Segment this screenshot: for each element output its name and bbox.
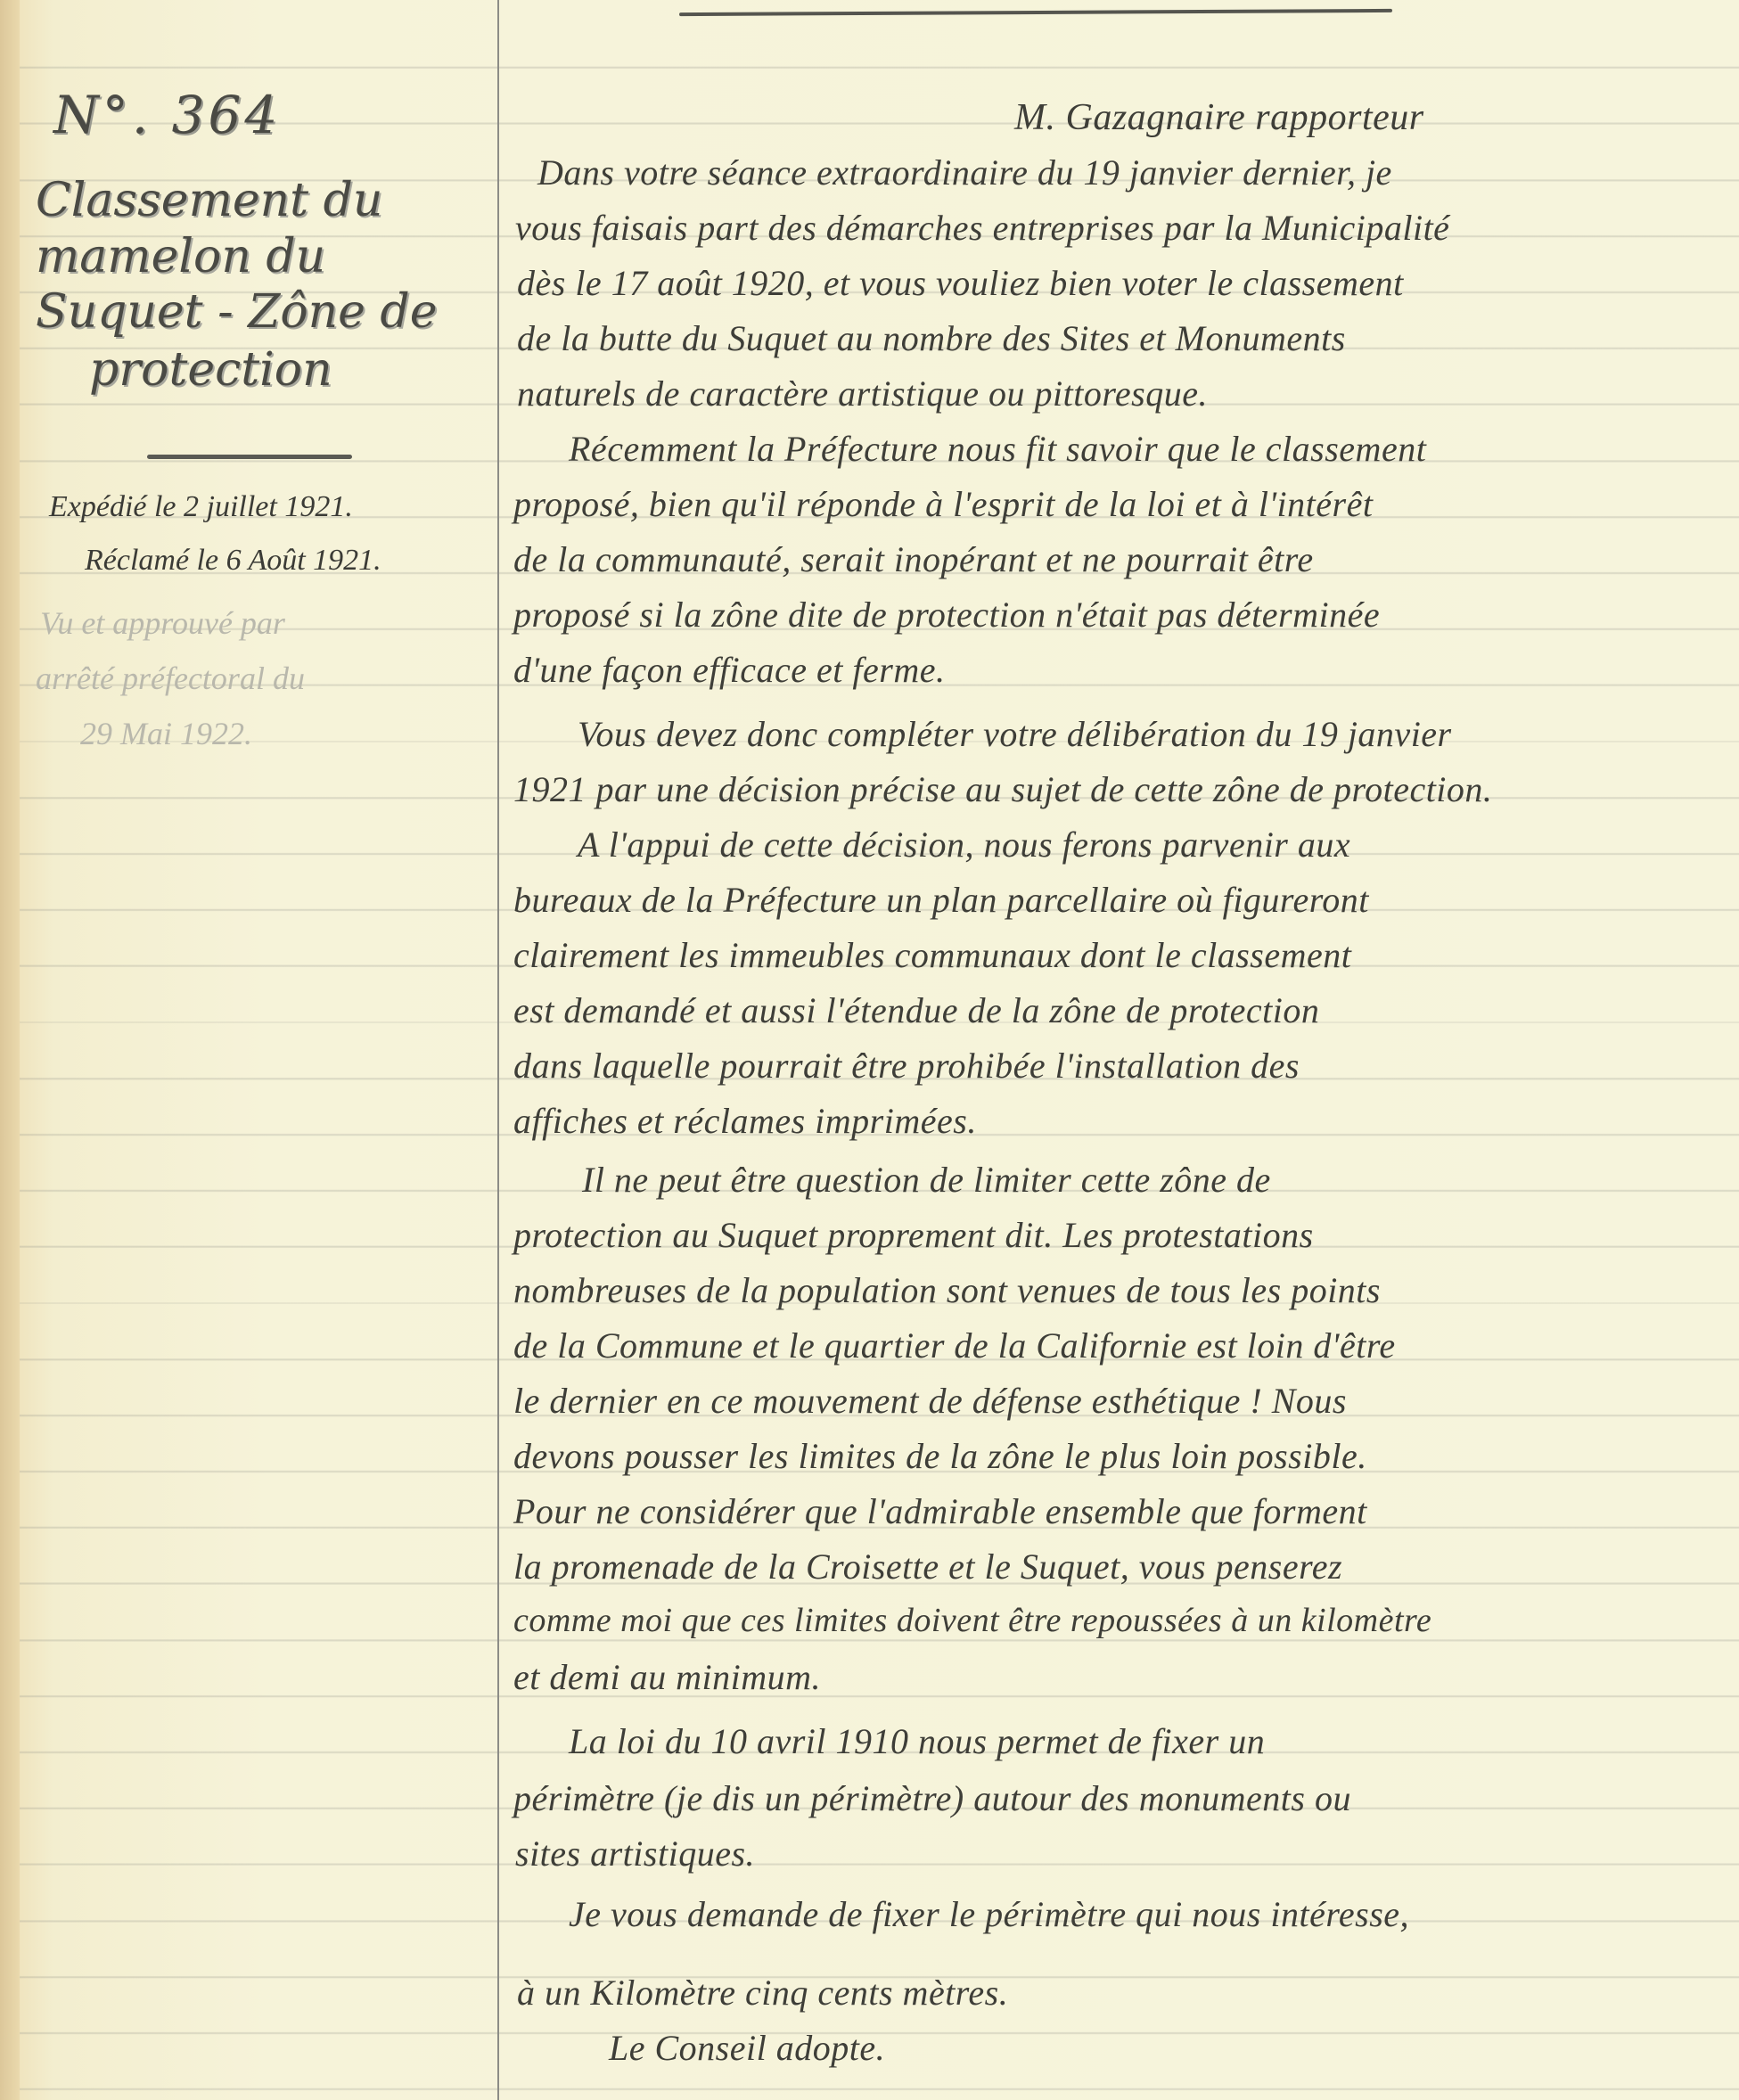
margin-note-approved-line-3: 29 Mai 1922.	[80, 715, 252, 752]
body-line: Je vous demande de fixer le périmètre qu…	[569, 1893, 1409, 1935]
body-line: proposé, bien qu'il réponde à l'esprit d…	[513, 483, 1373, 525]
body-line: de la Commune et le quartier de la Calif…	[513, 1325, 1396, 1366]
ledger-page: N°. 364 Classement du mamelon du Suquet …	[0, 0, 1739, 2100]
body-line: naturels de caractère artistique ou pitt…	[517, 373, 1208, 414]
section-separator-rule	[679, 9, 1392, 16]
body-line: comme moi que ces limites doivent être r…	[513, 1601, 1431, 1640]
body-line: à un Kilomètre cinq cents mètres.	[517, 1972, 1008, 2014]
body-line: affiches et réclames imprimées.	[513, 1100, 977, 1142]
body-line: est demandé et aussi l'étendue de la zôn…	[513, 989, 1319, 1031]
body-line: et demi au minimum.	[513, 1656, 821, 1698]
body-line: périmètre (je dis un périmètre) autour d…	[513, 1777, 1351, 1819]
subject-title-line-4: protection	[89, 343, 332, 397]
body-line: vous faisais part des démarches entrepri…	[515, 207, 1449, 249]
body-line: devons pousser les limites de la zône le…	[513, 1435, 1367, 1477]
rapporteur-heading: M. Gazagnaire rapporteur	[1014, 96, 1424, 139]
body-line: dès le 17 août 1920, et vous vouliez bie…	[517, 262, 1404, 304]
subject-title-line-1: Classement du	[36, 174, 382, 227]
body-line: La loi du 10 avril 1910 nous permet de f…	[569, 1720, 1265, 1762]
subject-title-line-2: mamelon du	[36, 230, 325, 283]
body-line: d'une façon efficace et ferme.	[513, 649, 945, 691]
body-line: Pour ne considérer que l'admirable ensem…	[513, 1490, 1367, 1532]
binding-gutter	[0, 0, 20, 2100]
body-line: Il ne peut être question de limiter cett…	[582, 1159, 1271, 1201]
title-underline-rule	[147, 455, 352, 459]
body-line: Dans votre séance extraordinaire du 19 j…	[537, 152, 1392, 193]
body-line: proposé si la zône dite de protection n'…	[513, 594, 1380, 636]
body-line: de la communauté, serait inopérant et ne…	[513, 538, 1314, 580]
body-line: Récemment la Préfecture nous fit savoir …	[569, 428, 1426, 470]
body-line: sites artistiques.	[515, 1833, 755, 1874]
body-line: de la butte du Suquet au nombre des Site…	[517, 317, 1346, 359]
body-line: dans laquelle pourrait être prohibée l'i…	[513, 1045, 1300, 1087]
margin-note-approved-line-2: arrêté préfectoral du	[36, 660, 305, 697]
body-line: 1921 par une décision précise au sujet d…	[513, 768, 1492, 810]
margin-note-approved-line-1: Vu et approuvé par	[40, 604, 285, 642]
subject-title-line-3: Suquet - Zône de	[36, 285, 437, 339]
document-number: N°. 364	[53, 85, 281, 145]
body-line: clairement les immeubles communaux dont …	[513, 934, 1351, 976]
body-line: le dernier en ce mouvement de défense es…	[513, 1380, 1347, 1422]
body-line: A l'appui de cette décision, nous ferons…	[578, 824, 1350, 865]
body-line: protection au Suquet proprement dit. Les…	[513, 1214, 1314, 1256]
margin-column-rule	[497, 0, 499, 2100]
council-decision: Le Conseil adopte.	[609, 2027, 885, 2069]
body-line: bureaux de la Préfecture un plan parcell…	[513, 879, 1369, 921]
body-line: nombreuses de la population sont venues …	[513, 1269, 1381, 1311]
body-line: Vous devez donc compléter votre délibéra…	[578, 713, 1452, 755]
margin-note-reclaimed: Réclamé le 6 Août 1921.	[85, 544, 381, 578]
margin-note-sent: Expédié le 2 juillet 1921.	[49, 490, 353, 524]
body-line: la promenade de la Croisette et le Suque…	[513, 1546, 1342, 1587]
